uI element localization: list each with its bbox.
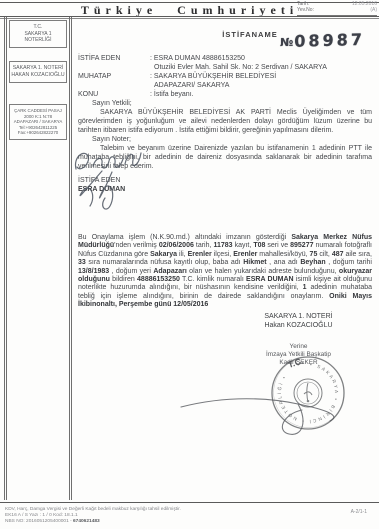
bottom-rule xyxy=(0,502,379,503)
notary-approval-paragraph: Bu Onaylama işlem (N.K.90.md.) altındaki… xyxy=(78,234,372,310)
field-label: MUHATAP xyxy=(78,72,150,81)
numero-sign: № xyxy=(280,36,294,49)
sidebar-notary-box: SAKARYA 1. NOTERİ HAKAN KOZACIOĞLU xyxy=(9,61,67,83)
footer-line-3: NBS NO: 2016051205400001 - 6740621483 xyxy=(5,519,181,525)
deputy-handwritten-signature xyxy=(178,380,353,445)
field-label: İSTİFA EDEN xyxy=(78,54,150,63)
nbs-suffix: 6740621483 xyxy=(73,519,100,524)
date-registry-box: Tarih: 12.05.2016 Yev.No: (A) xyxy=(297,1,377,16)
footer-fiscal-note: KDV, Harç, Damga Vergisi ve Değerli Kağı… xyxy=(5,507,181,526)
signer-handwritten-signature xyxy=(68,145,148,213)
notary-title: SAKARYA 1. NOTERİ xyxy=(11,65,65,72)
sidebar-office-box: T.C. SAKARYA 1 NOTERLİĞİ xyxy=(9,20,67,48)
sidebar-address-box: ÇARK CADDESİ PASAJ 2000 K:1 N:78 ADAPAZA… xyxy=(9,104,67,140)
field-value: : SAKARYA BÜYÜKŞEHİR BELEDİYESİ xyxy=(150,72,372,81)
field-value: : ESRA DUMAN 48886153250 xyxy=(150,54,372,63)
field-value: : İstifa beyanı. xyxy=(150,90,372,99)
serial-number-stamp: №08987 xyxy=(280,30,365,51)
address-line: ADAPAZARI / SAKARYA xyxy=(11,119,65,125)
salutation-yetkili: Sayın Yetkili; xyxy=(78,99,372,108)
notary-sidebar: T.C. SAKARYA 1 NOTERLİĞİ SAKARYA 1. NOTE… xyxy=(4,17,72,500)
yevno-label: Yev.No: xyxy=(297,7,314,13)
office-line: NOTERLİĞİ xyxy=(11,37,65,44)
address-line: Fax:+902642822270 xyxy=(11,130,65,136)
salutation-noter: Sayın Noter; xyxy=(78,135,372,144)
notary-name: HAKAN KOZACIOĞLU xyxy=(11,72,65,79)
nbs-number: NBS NO: 2016051205400001 - xyxy=(5,519,73,524)
field-label: KONU xyxy=(78,90,150,99)
serial-number: 08987 xyxy=(294,30,365,51)
page-code: A-2/1-1 xyxy=(351,509,367,515)
seal-tc-text: T.C. xyxy=(287,355,305,369)
field-value-line2: Otuziki Evler Mah. Sahil Sk. No: 2 Serdi… xyxy=(154,63,372,72)
field-value-line2: ADAPAZARI/ SAKARYA xyxy=(154,81,372,90)
notary-person-name: Hakan KOZACIOĞLU xyxy=(226,321,371,330)
yevno-note: (A) xyxy=(370,7,377,13)
field-istifa-eden: İSTİFA EDEN : ESRA DUMAN 48886153250 xyxy=(78,54,372,63)
notary-office-name: SAKARYA 1. NOTERİ xyxy=(226,312,371,321)
field-muhatap: MUHATAP : SAKARYA BÜYÜKŞEHİR BELEDİYESİ xyxy=(78,72,372,81)
notary-document-page: Türkiye Cumhuriyeti Tarih: 12.05.2016 Ye… xyxy=(0,0,379,529)
resignation-paragraph: SAKARYA BÜYÜKŞEHİR BELEDİYESİ AK PARTİ M… xyxy=(78,108,372,135)
field-konu: KONU : İstifa beyanı. xyxy=(78,90,372,99)
address-line: ÇARK CADDESİ PASAJ xyxy=(11,108,65,114)
